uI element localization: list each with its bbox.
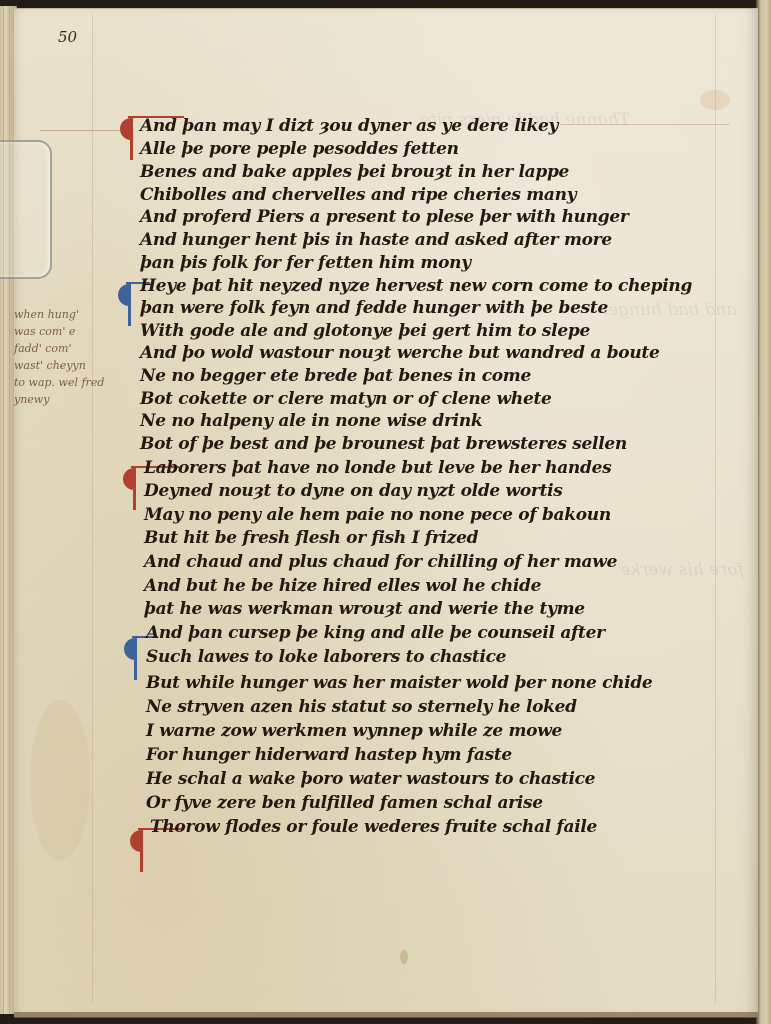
text-line: But while hunger was her maister wold þe… — [146, 673, 652, 693]
stain — [400, 950, 408, 964]
annotation-line: when hung' — [14, 306, 144, 323]
text-line: And hunger hent þis in haste and asked a… — [140, 230, 612, 250]
text-line: Chibolles and chervelles and ripe cherie… — [140, 185, 576, 205]
text-line: For hunger hiderward hastep hym faste — [146, 745, 512, 765]
annotation-line: fadd' com' — [14, 340, 144, 357]
text-line: May no peny ale hem paie no none pece of… — [144, 505, 611, 525]
text-line: And proferd Piers a present to plese þer… — [140, 207, 629, 227]
show-through-text: fore his werke — [620, 560, 744, 580]
text-line: And þo wold wastour nouȝt werche but wan… — [140, 343, 659, 363]
text-line: Ne stryven azen his statut so sternely h… — [146, 697, 577, 717]
paragraph-mark-red — [120, 116, 136, 156]
folio-number: 50 — [58, 28, 77, 46]
text-line: Such lawes to loke laborers to chastice — [146, 647, 506, 667]
text-line: þan þis folk for fer fetten him mony — [140, 253, 471, 273]
text-line: But hit be fresh flesh or fish I frized — [144, 528, 478, 548]
page-clip — [0, 140, 52, 279]
paragraph-mark-blue — [124, 636, 140, 676]
text-line: Ne no halpeny ale in none wise drink — [140, 411, 482, 431]
ruling-line — [40, 130, 120, 131]
text-line: And þan cursep þe king and alle þe couns… — [146, 623, 605, 643]
ruling-line — [92, 14, 93, 1004]
annotation-line: to wap. wel fred — [14, 374, 144, 391]
paragraph-mark-red — [123, 466, 139, 506]
text-line: He schal a wake þoro water wastours to c… — [146, 769, 595, 789]
paragraph-mark-red — [130, 828, 146, 868]
text-line: With gode ale and glotonye þei gert him … — [140, 321, 590, 341]
text-line: Alle þe pore peple pesoddes fetten — [140, 139, 459, 159]
ruling-line — [715, 14, 716, 1004]
text-line: I warne zow werkmen wynnep while ze mowe — [146, 721, 562, 741]
text-line: And chaud and plus chaud for chilling of… — [144, 552, 617, 572]
text-line: Ne no begger ete brede þat benes in come — [140, 366, 531, 386]
text-line: Thorow flodes or foule wederes fruite sc… — [150, 817, 597, 837]
annotation-line: wast' cheyyn — [14, 357, 144, 374]
text-line: Benes and bake apples þei brouȝt in her … — [140, 162, 569, 182]
stain — [30, 700, 90, 860]
text-line: Laborers þat have no londe but leve be h… — [144, 458, 611, 478]
text-line: þat he was werkman wrouȝt and werie the … — [144, 599, 585, 619]
page-bottom-edge — [14, 1012, 758, 1018]
text-line: Heye þat hit neyzed nyze hervest new cor… — [140, 276, 692, 296]
book-fore-edge — [756, 0, 771, 1024]
text-line: And þan may I dizt ȝou dyner as ye dere … — [140, 116, 558, 136]
text-line: Or fyve zere ben fulfilled famen schal a… — [146, 793, 543, 813]
text-line: Bot of þe best and þe brounest þat brews… — [140, 434, 627, 454]
text-line: Deyned nouȝt to dyne on day nyzt olde wo… — [144, 481, 563, 501]
marginal-annotation: when hung' was com' e fadd' com' wast' c… — [14, 306, 144, 408]
text-line: And but he be hize hired elles wol he ch… — [144, 576, 541, 596]
annotation-line: ynewy — [14, 391, 144, 408]
text-line: þan were folk feyn and fedde hunger with… — [140, 298, 608, 318]
show-through-text: and bad hunger — [600, 300, 737, 320]
annotation-line: was com' e — [14, 323, 144, 340]
text-line: Bot cokette or clere matyn or of clene w… — [140, 389, 552, 409]
